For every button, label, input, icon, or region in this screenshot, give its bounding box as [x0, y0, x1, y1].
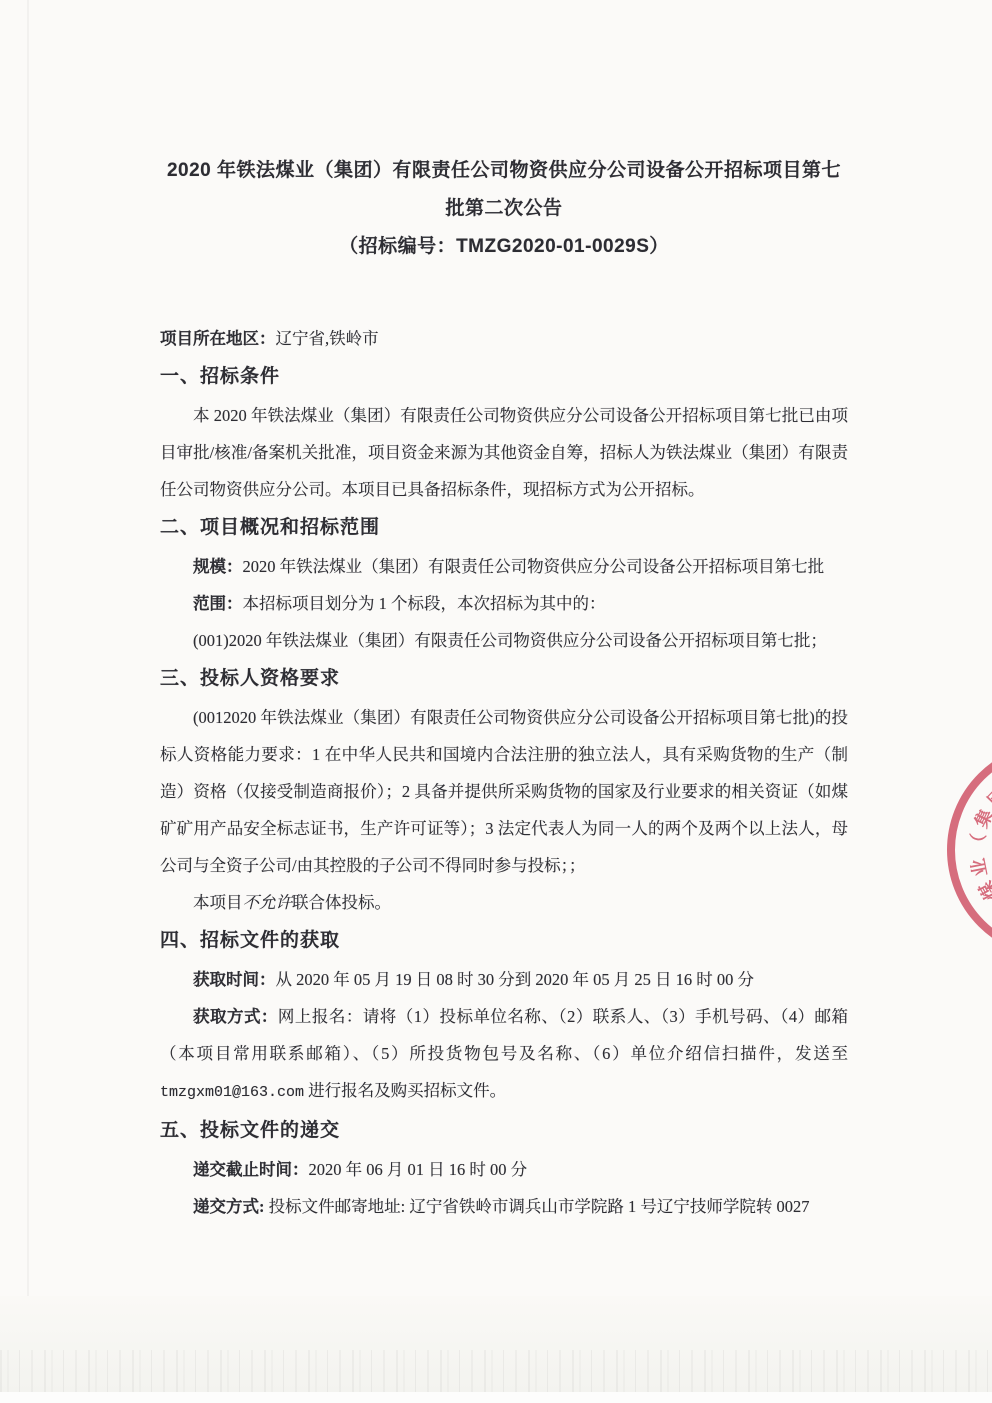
deadline-text: 2020 年 06 月 01 日 16 时 00 分 — [309, 1160, 528, 1179]
scope-text: 本招标项目划分为 1 个标段，本次招标为其中的： — [243, 594, 606, 613]
scope-label: 范围： — [193, 594, 243, 613]
location-line: 项目所在地区：辽宁省,铁岭市 — [160, 320, 848, 357]
scan-bottom-margin — [0, 1392, 992, 1403]
section-3-heading: 三、投标人资格要求 — [160, 659, 848, 699]
delivery-text: 投标文件邮寄地址: 辽宁省铁岭市调兵山市学院路 1 号辽宁技师学院转 0027 — [269, 1197, 810, 1216]
red-seal-stamp-icon: 铁法煤业（集团）有限责任公司 — [900, 738, 992, 962]
lot-line: (001)2020 年铁法煤业（集团）有限责任公司物资供应分公司设备公开招标项目… — [160, 622, 848, 659]
obtain-method-paragraph: 获取方式：网上报名：请将（1）投标单位名称、（2）联系人、（3）手机号码、（4）… — [160, 998, 848, 1111]
consortium-note-post: 联合体投标。 — [292, 893, 391, 912]
section-5-heading: 五、投标文件的递交 — [160, 1111, 848, 1151]
obtain-method-label: 获取方式： — [193, 1007, 278, 1026]
obtain-method-text-2: 进行报名及购买招标文件。 — [304, 1081, 506, 1100]
location-value: 辽宁省,铁岭市 — [276, 329, 379, 348]
scope-paragraph: 范围：本招标项目划分为 1 个标段，本次招标为其中的： — [160, 585, 848, 622]
scan-edge-artifact — [27, 0, 29, 1403]
location-label: 项目所在地区： — [160, 329, 276, 348]
section-1-heading: 一、招标条件 — [160, 357, 848, 397]
doc-title-line-2: 批第二次公告 — [160, 190, 848, 228]
obtain-time-text: 从 2020 年 05 月 19 日 08 时 30 分到 2020 年 05 … — [276, 970, 755, 989]
consortium-note: 本项目不允许联合体投标。 — [160, 884, 848, 921]
consortium-note-pre: 本项目 — [193, 893, 243, 912]
scale-paragraph: 规模：2020 年铁法煤业（集团）有限责任公司物资供应分公司设备公开招标项目第七… — [160, 548, 848, 585]
contact-email: tmzgxm01@163.com — [160, 1084, 304, 1101]
section-4-heading: 四、招标文件的获取 — [160, 921, 848, 961]
doc-title-line-1: 2020 年铁法煤业（集团）有限责任公司物资供应分公司设备公开招标项目第七 — [160, 152, 848, 190]
deadline-label: 递交截止时间： — [193, 1160, 309, 1179]
document-content: 2020 年铁法煤业（集团）有限责任公司物资供应分公司设备公开招标项目第七 批第… — [160, 0, 848, 1225]
tender-number: （招标编号：TMZG2020-01-0029S） — [160, 228, 848, 266]
obtain-time-paragraph: 获取时间：从 2020 年 05 月 19 日 08 时 30 分到 2020 … — [160, 961, 848, 998]
qualification-paragraph: (0012020 年铁法煤业（集团）有限责任公司物资供应分公司设备公开招标项目第… — [160, 699, 848, 884]
section-2-heading: 二、项目概况和招标范围 — [160, 508, 848, 548]
scale-label: 规模： — [193, 557, 243, 576]
scan-bottom-streaks-artifact — [0, 1350, 992, 1392]
section-1-paragraph: 本 2020 年铁法煤业（集团）有限责任公司物资供应分公司设备公开招标项目第七批… — [160, 397, 848, 508]
delivery-paragraph: 递交方式: 投标文件邮寄地址: 辽宁省铁岭市调兵山市学院路 1 号辽宁技师学院转… — [160, 1188, 848, 1225]
consortium-note-emphasis: 不允许 — [243, 893, 293, 912]
scanned-document-page: 2020 年铁法煤业（集团）有限责任公司物资供应分公司设备公开招标项目第七 批第… — [0, 0, 992, 1403]
delivery-label: 递交方式: — [193, 1197, 269, 1216]
obtain-time-label: 获取时间： — [193, 970, 276, 989]
doc-title-block: 2020 年铁法煤业（集团）有限责任公司物资供应分公司设备公开招标项目第七 批第… — [160, 152, 848, 266]
deadline-paragraph: 递交截止时间：2020 年 06 月 01 日 16 时 00 分 — [160, 1151, 848, 1188]
scale-text: 2020 年铁法煤业（集团）有限责任公司物资供应分公司设备公开招标项目第七批 — [243, 557, 825, 576]
